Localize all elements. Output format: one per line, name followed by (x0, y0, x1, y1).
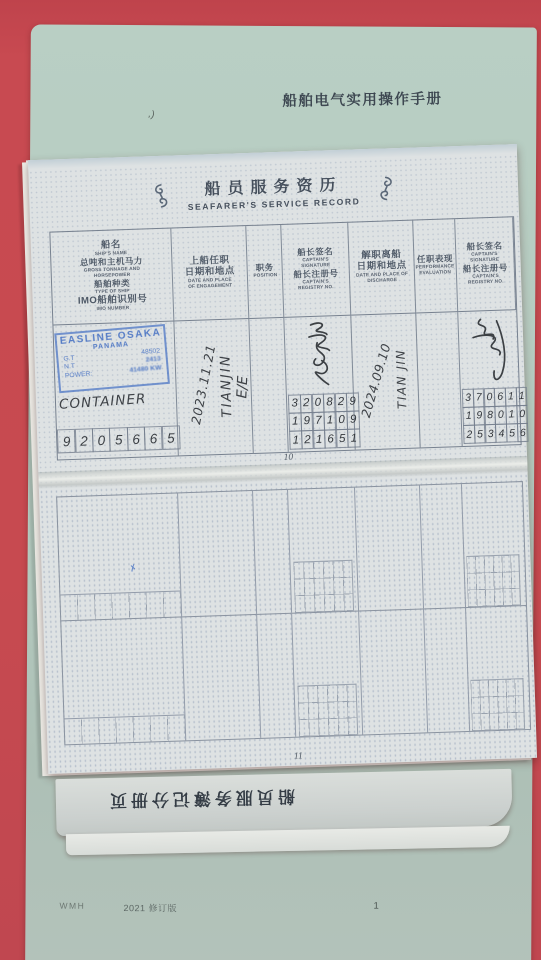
ship-stamp: EASLINE OSAKA PANAMA G.T 48502 N.T 2413 … (54, 324, 170, 393)
cell-captain-signature-1: 320829 197109 121651 (284, 316, 355, 452)
record-title-cn: 船员服务资历 (187, 171, 360, 200)
record-page-11: ✗ 11 (39, 473, 537, 774)
scroll-ornament-right-icon (375, 175, 396, 202)
cover-footer-page-number: 1 (373, 901, 378, 912)
col-header-discharge: 解职离船 日期和地点 DATE AND PLACE OF DISCHARGE (348, 221, 416, 316)
handwritten-position: E/E (234, 376, 251, 399)
blank-cell-performance (420, 484, 466, 608)
record-titles: 船员服务资历 SEAFARER'S SERVICE RECORD (187, 171, 361, 212)
hdr-ship-name-en: SHIP'S NAME (95, 251, 128, 258)
hdr-ship-name-cn: 船名 (101, 240, 121, 252)
record-title-band: 船员服务资历 SEAFARER'S SERVICE RECORD (29, 166, 519, 217)
record-page-10: 船员服务资历 SEAFARER'S SERVICE RECORD 船名 SHIP… (28, 144, 527, 472)
hdr-position-cn: 职务 (255, 263, 273, 273)
hdr-tonnage-en: GROSS TONNAGE AND HORSEPOWER (83, 267, 140, 281)
hdr-engagement-cn: 上船任职 日期和地点 (184, 255, 235, 278)
hdr-sign2-cn: 船长签名 (466, 242, 502, 253)
stamp-gt-value: 48502 (141, 347, 160, 356)
handwritten-discharge-place: TIAN JIN (393, 349, 409, 409)
captain-signature-left (296, 318, 342, 395)
cell-performance (416, 312, 462, 447)
hdr-registry2-en: CAPTAIN'S REGISTRY NO. (468, 274, 504, 287)
blank-cell-discharge (359, 609, 428, 734)
pen-mark: ,) (147, 109, 156, 121)
hdr-sign1-cn: 船长签名 (297, 247, 333, 258)
manual-title: 船舶电气实用操作手册 (282, 87, 442, 110)
blank-cell-signature-2 (462, 482, 525, 607)
hdr-performance-cn: 任职表现 (417, 254, 453, 265)
cell-captain-signature-2: 370611 198010 253456 (458, 310, 520, 446)
hdr-performance-en: PERFORMANCE EVALUATION (416, 264, 455, 277)
hdr-discharge-en: DATE AND PLACE OF DISCHARGE (356, 272, 408, 285)
handwritten-discharge-date: 2024.09.10 (358, 341, 394, 419)
cell-ship-info: EASLINE OSAKA PANAMA G.T 48502 N.T 2413 … (53, 322, 178, 460)
handwritten-engage-place: TIANJIN (218, 354, 236, 418)
blank-cell-position (257, 614, 296, 738)
stray-pen-mark: ✗ (128, 562, 139, 575)
registry-row: 253456 (464, 424, 529, 444)
captain-signature-right (462, 310, 517, 392)
blank-cell-ship: ✗ (57, 493, 182, 620)
cover-footer-edition: 2021 修订版 (123, 901, 177, 914)
stamp-power-label: POWER: (65, 370, 93, 379)
col-header-ship: 船名 SHIP'S NAME 总吨和主机马力 GROSS TONNAGE AND… (50, 229, 174, 326)
photo-scene: ,) 船舶电气实用操作手册 WMH 2021 修订版 1 船员服务资历 SEAF… (0, 0, 541, 960)
blank-cell-signature-1 (292, 612, 363, 737)
col-header-performance: 任职表现 PERFORMANCE EVALUATION (413, 219, 458, 313)
handwritten-engage-date: 2023.11.21 (188, 343, 218, 426)
blank-cell-engagement (182, 615, 261, 740)
cell-position: E/E (249, 318, 288, 453)
hdr-engagement-en: DATE AND PLACE OF ENGAGEMENT (188, 278, 232, 291)
blank-cell-discharge (355, 485, 424, 610)
captain-registry-grid-right: 370611 198010 253456 (463, 388, 529, 444)
hdr-discharge-cn: 解职离船 日期和地点 (356, 250, 407, 273)
hdr-position-en: POSITION (253, 273, 277, 280)
captain-registry-grid-left: 320829 197109 121651 (289, 393, 360, 450)
registry-row: 121651 (290, 429, 360, 449)
scroll-ornament-left-icon (151, 182, 172, 209)
service-record-spread: 船员服务资历 SEAFARER'S SERVICE RECORD 船名 SHIP… (28, 144, 537, 774)
stamp-gt-label: G.T (63, 354, 75, 362)
col-header-position: 职务 POSITION (246, 225, 284, 319)
service-record-table: 船名 SHIP'S NAME 总吨和主机马力 GROSS TONNAGE AND… (49, 216, 521, 460)
flap-label-upside-down: 船员服务簿记分册页 (106, 786, 296, 815)
blank-cell-engagement (178, 491, 257, 616)
blank-record-row: ✗ (57, 482, 526, 620)
hdr-imo-cn: IMO船舶识别号 (78, 294, 148, 307)
blank-continuation-table: ✗ (56, 481, 531, 745)
blank-cell-signature-2 (466, 606, 529, 731)
col-header-engagement: 上船任职 日期和地点 DATE AND PLACE OF ENGAGEMENT (171, 226, 249, 321)
hdr-type-en: TYPE OF SHIP (95, 289, 130, 296)
cover-footer-publisher: WMH (59, 901, 85, 911)
hdr-sign1-en: CAPTAIN'S SIGNATURE (301, 257, 330, 270)
stamp-nt-value: 2413 (145, 355, 161, 363)
col-header-captain-sign-2: 船长签名 CAPTAIN'S SIGNATURE 船长注册号 CAPTAIN'S… (455, 217, 516, 312)
blank-cell-ship (61, 617, 186, 744)
imo-number-boxes: 9205665 (58, 425, 180, 453)
hdr-imo-en: IMO NUMBER (97, 306, 130, 313)
blank-cell-position (253, 490, 292, 614)
hdr-sign2-en: CAPTAIN'S SIGNATURE (470, 252, 499, 265)
cell-discharge: 2024.09.10 TIAN JIN (351, 313, 420, 449)
blank-record-row (61, 605, 530, 744)
handwritten-ship-type: CONTAINER (59, 391, 147, 413)
hdr-registry1-en: CAPTAIN'S REGISTRY NO. (298, 279, 334, 292)
stamp-power-value: 41480 KW (129, 364, 162, 374)
blank-cell-performance (424, 608, 470, 732)
stamp-nt-label: N.T (64, 363, 76, 371)
blank-cell-signature-1 (288, 488, 359, 613)
col-header-captain-sign-1: 船长签名 CAPTAIN'S SIGNATURE 船长注册号 CAPTAIN'S… (281, 223, 351, 318)
